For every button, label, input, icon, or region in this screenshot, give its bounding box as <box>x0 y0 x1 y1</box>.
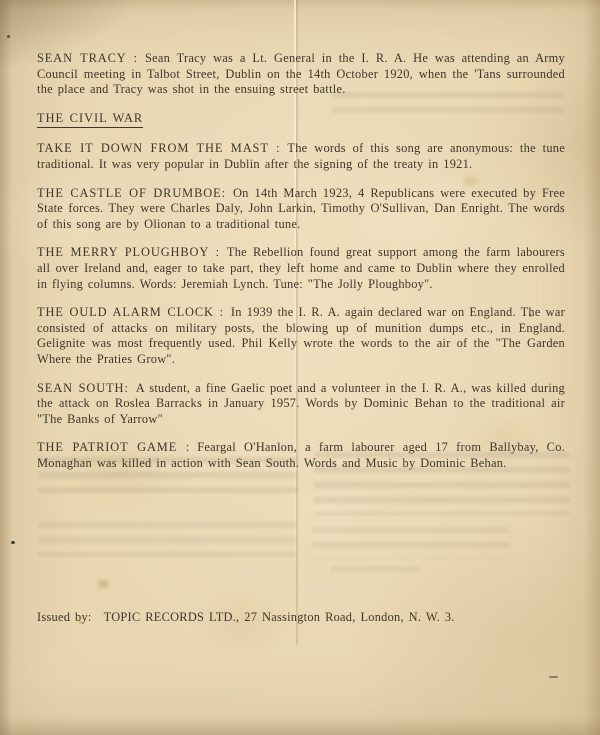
issued-by-line: Issued by:TOPIC RECORDS LTD., 27 Nassing… <box>37 610 565 626</box>
song-title-label: THE MERRY PLOUGHBOY : <box>37 245 220 259</box>
scanned-page: SEAN TRACY :Sean Tracy was a Lt. General… <box>0 0 600 735</box>
song-title-label: SEAN TRACY : <box>37 51 138 65</box>
song-note-merry-ploughboy: THE MERRY PLOUGHBOY :The Rebellion found… <box>37 245 565 292</box>
paper-mark <box>549 676 558 678</box>
song-note-sean-tracy: SEAN TRACY :Sean Tracy was a Lt. General… <box>37 51 565 98</box>
song-title-label: THE PATRIOT GAME : <box>37 440 190 454</box>
liner-notes-text: SEAN TRACY :Sean Tracy was a Lt. General… <box>37 0 565 639</box>
issuer-address: TOPIC RECORDS LTD., 27 Nassington Road, … <box>104 610 455 624</box>
song-note-sean-south: SEAN SOUTH:A student, a fine Gaelic poet… <box>37 381 565 428</box>
song-note-ould-alarm-clock: THE OULD ALARM CLOCK :In 1939 the I. R. … <box>37 305 565 367</box>
song-note-take-it-down-from-the-mast: TAKE IT DOWN FROM THE MAST :The words of… <box>37 141 565 172</box>
issued-by-label: Issued by: <box>37 610 92 624</box>
song-note-castle-of-drumboe: THE CASTLE OF DRUMBOE:On 14th March 1923… <box>37 186 565 233</box>
section-heading-civil-war: THE CIVIL WAR <box>37 111 565 129</box>
paper-speck <box>7 35 10 38</box>
paper-speck <box>11 541 15 544</box>
song-note-patriot-game: THE PATRIOT GAME :Feargal O'Hanlon, a fa… <box>37 440 565 471</box>
song-title-label: THE OULD ALARM CLOCK : <box>37 305 224 319</box>
song-title-label: THE CASTLE OF DRUMBOE: <box>37 186 226 200</box>
song-title-label: SEAN SOUTH: <box>37 381 129 395</box>
song-title-label: TAKE IT DOWN FROM THE MAST : <box>37 141 280 155</box>
